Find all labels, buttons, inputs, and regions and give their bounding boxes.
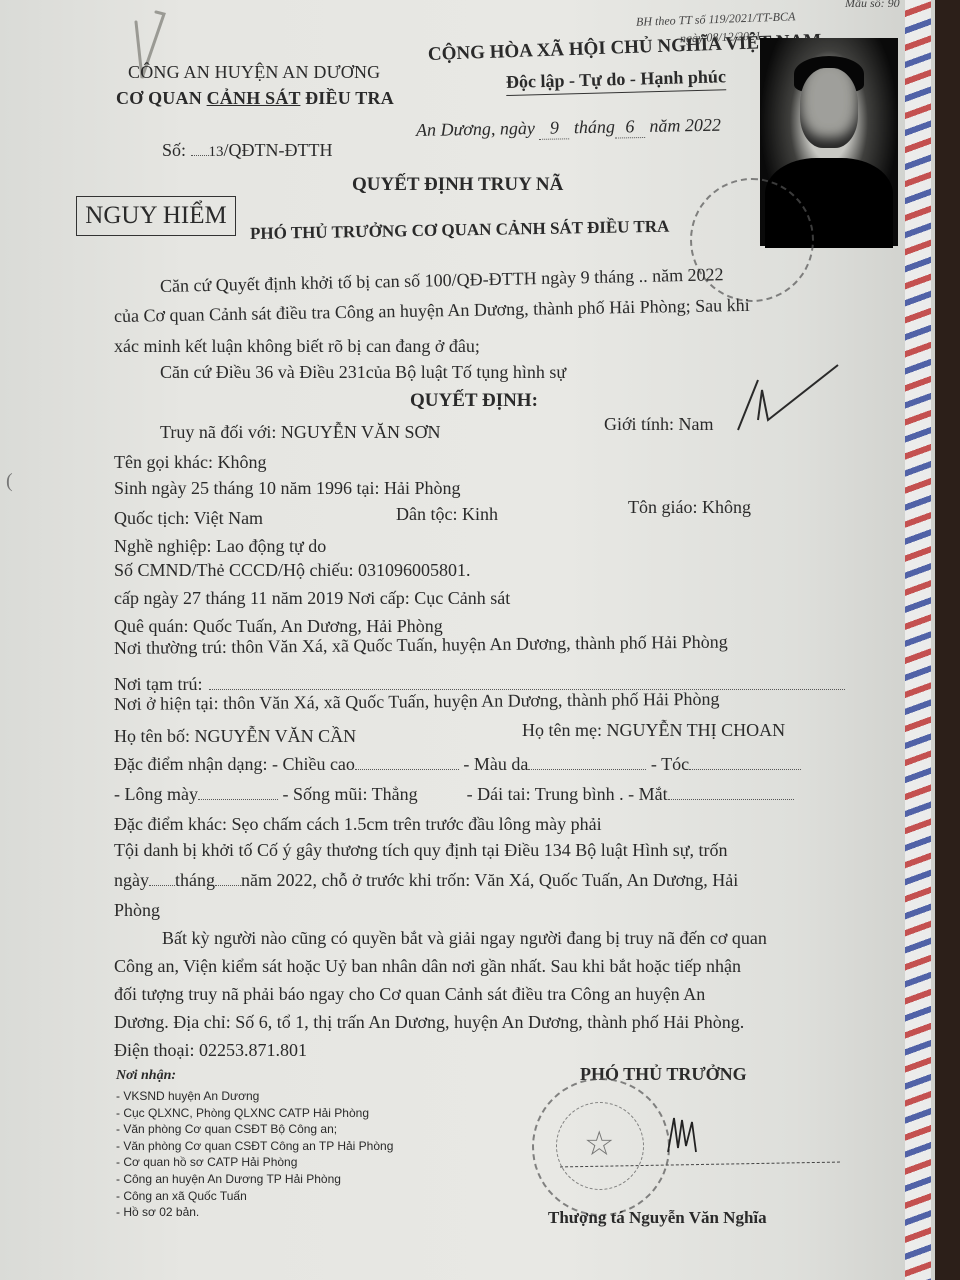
hometown: Quê quán: Quốc Tuấn, An Dương, Hải Phòng: [114, 616, 443, 637]
birth-info: Sinh ngày 25 tháng 10 năm 1996 tại: Hải …: [114, 478, 460, 499]
gender: Giới tính: Nam: [604, 414, 714, 435]
recipient-item: - Công an huyện An Dương TP Hải Phòng: [116, 1171, 393, 1188]
edge-mark: (: [6, 470, 13, 493]
recipient-item: - Văn phòng Cơ quan CSĐT Bộ Công an;: [116, 1121, 393, 1138]
eyebrows-label: - Lông mày: [114, 784, 198, 804]
instruction-line4: Dương. Địa chỉ: Số 6, tổ 1, thị trấn An …: [114, 1012, 744, 1033]
skin-blank: [528, 769, 646, 770]
ethnicity: Dân tộc: Kinh: [396, 504, 498, 525]
instruction-line2: Công an, Viện kiểm sát hoặc Uỷ ban nhân …: [114, 956, 741, 977]
alias: Tên gọi khác: Không: [114, 452, 266, 473]
recipients-heading: Nơi nhận:: [116, 1068, 176, 1084]
recipients-list: - VKSND huyện An Dương - Cục QLXNC, Phòn…: [116, 1088, 393, 1221]
identifying-features-2: - Lông mày - Sống mũi: Thẳng - Dái tai: …: [114, 784, 794, 805]
unit-underlined: CẢNH SÁT: [207, 88, 301, 108]
occupation: Nghề nghiệp: Lao động tự do: [114, 536, 326, 557]
hair-blank: [689, 769, 801, 770]
recipient-item: - VKSND huyện An Dương: [116, 1088, 393, 1105]
document-number: Số: 13/QĐTN-ĐTTH: [162, 140, 333, 161]
recipient-item: - Văn phòng Cơ quan CSĐT Công an TP Hải …: [116, 1138, 393, 1155]
instruction-line3: đối tượng truy nã phải báo ngay cho Cơ q…: [114, 984, 705, 1005]
national-motto: Độc lập - Tự do - Hạnh phúc: [506, 66, 727, 96]
decision-heading: QUYẾT ĐỊNH:: [410, 390, 538, 412]
recipient-item: - Cục QLXNC, Phòng QLXNC CATP Hải Phòng: [116, 1105, 393, 1122]
date-day: 9: [539, 117, 569, 140]
earlobe: - Dái tai: Trung bình .: [467, 784, 624, 804]
number-dots: [191, 155, 209, 156]
background-surface: [935, 0, 960, 1280]
contact-phone: Điện thoại: 02253.871.801: [114, 1040, 307, 1061]
current-residence: Nơi ở hiện tại: thôn Văn Xá, xã Quốc Tuấ…: [114, 689, 720, 715]
danger-label: NGUY HIỂM: [76, 196, 236, 236]
star-icon: ☆: [584, 1124, 614, 1164]
unit-prefix: CƠ QUAN: [116, 88, 207, 108]
flee-month-blank: [215, 885, 241, 886]
temporary-residence-label: Nơi tạm trú:: [114, 674, 203, 694]
signature-scribble-icon: [728, 360, 848, 440]
father-name: Họ tên bố: NGUYỄN VĂN CẦN: [114, 726, 356, 747]
eyebrows-blank: [198, 799, 278, 800]
instruction-line1: Bất kỳ người nào cũng có quyền bắt và gi…: [162, 928, 767, 949]
height-blank: [355, 769, 459, 770]
preamble-line3: xác minh kết luận không biết rõ bị can đ…: [114, 336, 480, 357]
flee-day-label: ngày: [114, 870, 149, 890]
identifying-features: Đặc điểm nhận dạng: - Chiều cao - Màu da…: [114, 754, 801, 775]
unit-suffix: ĐIỀU TRA: [300, 88, 394, 108]
signer-name: Thượng tá Nguyễn Văn Nghĩa: [548, 1208, 767, 1228]
flee-day-blank: [149, 885, 175, 886]
wanted-person: Truy nã đối với: NGUYỄN VĂN SƠN: [160, 422, 441, 443]
preamble-line2: của Cơ quan Cảnh sát điều tra Công an hu…: [114, 295, 750, 327]
official-stamp-bottom: ☆: [532, 1078, 670, 1216]
number-suffix: /QĐTN-ĐTTH: [224, 140, 333, 160]
height-label: Đặc điểm nhận dạng: - Chiều cao: [114, 754, 355, 774]
date-month: 6: [615, 116, 645, 139]
month-label: tháng: [569, 117, 615, 138]
eyes-label: - Mắt: [628, 784, 668, 804]
id-issue: cấp ngày 27 tháng 11 năm 2019 Nơi cấp: C…: [114, 588, 510, 609]
eyes-blank: [668, 799, 794, 800]
place-date: An Dương, ngày 9 tháng6 năm 2022: [416, 115, 721, 142]
form-ref-line1: Mẫu số: 90: [845, 0, 900, 11]
preamble-line1: Căn cứ Quyết định khởi tố bị can số 100/…: [160, 264, 724, 297]
other-features: Đặc điểm khác: Sẹo chấm cách 1.5cm trên …: [114, 814, 602, 835]
religion: Tôn giáo: Không: [628, 497, 751, 518]
skin-label: - Màu da: [463, 754, 528, 774]
year-label: năm 2022: [645, 115, 721, 136]
charge-line3: Phòng: [114, 900, 160, 921]
issuer-title: PHÓ THỦ TRƯỞNG CƠ QUAN CẢNH SÁT ĐIỀU TRA: [250, 217, 670, 244]
nationality: Quốc tịch: Việt Nam: [114, 508, 263, 529]
hair-label: - Tóc: [651, 754, 689, 774]
recipient-item: - Hồ sơ 02 bản.: [116, 1204, 393, 1221]
place-date-prefix: An Dương, ngày: [416, 118, 540, 140]
investigation-unit: CƠ QUAN CẢNH SÁT ĐIỀU TRA: [116, 88, 394, 109]
document-title: QUYẾT ĐỊNH TRUY NÃ: [352, 174, 563, 196]
envelope-border: [905, 0, 931, 1280]
flee-month-label: tháng: [175, 870, 215, 890]
recipient-item: - Công an xã Quốc Tuấn: [116, 1188, 393, 1205]
flee-rest: năm 2022, chỗ ở trước khi trốn: Văn Xá, …: [241, 870, 738, 890]
nose: - Sống mũi: Thẳng: [282, 784, 417, 804]
signature-icon: [664, 1112, 704, 1162]
id-number: Số CMND/Thẻ CCCD/Hộ chiếu: 031096005801.: [114, 560, 471, 581]
number-value: 13: [209, 144, 224, 160]
form-ref-line2: BH theo TT số 119/2021/TT-BCA: [636, 9, 796, 30]
number-label: Số:: [162, 140, 191, 160]
recipient-item: - Cơ quan hồ sơ CATP Hải Phòng: [116, 1154, 393, 1171]
agency-name: CÔNG AN HUYỆN AN DƯƠNG: [128, 62, 380, 83]
mother-name: Họ tên mẹ: NGUYỄN THỊ CHOAN: [522, 720, 785, 741]
charge-line1: Tội danh bị khởi tố Cố ý gây thương tích…: [114, 840, 728, 861]
danger-text: NGUY HIỂM: [85, 202, 226, 230]
preamble-legal-basis: Căn cứ Điều 36 và Điều 231của Bộ luật Tố…: [160, 362, 566, 383]
document-page: Mẫu số: 90 BH theo TT số 119/2021/TT-BCA…: [0, 0, 935, 1280]
charge-line2: ngàythángnăm 2022, chỗ ở trước khi trốn:…: [114, 870, 738, 891]
